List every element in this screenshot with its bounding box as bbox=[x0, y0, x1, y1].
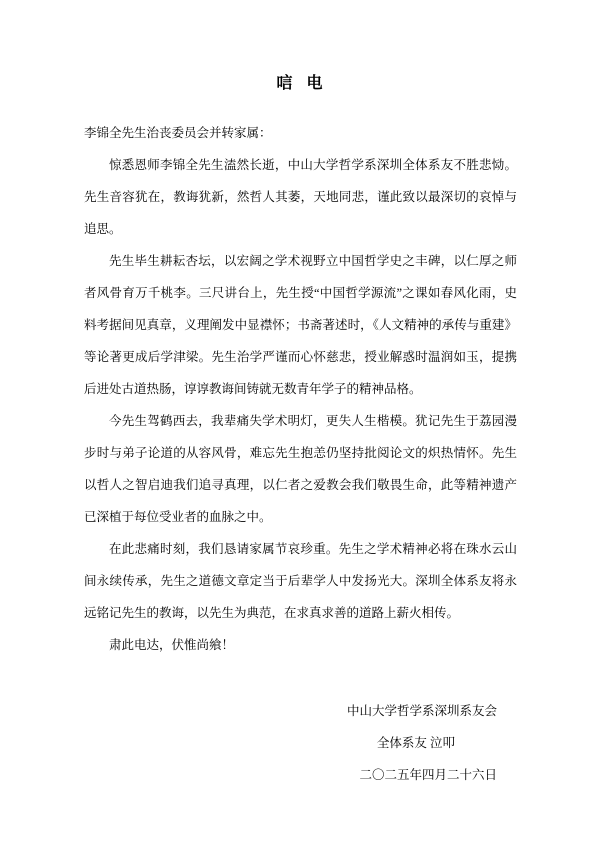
paragraph-3: 今先生驾鹤西去，我辈痛失学术明灯，更失人生楷模。犹记先生于荔园漫步时与弟子论道的… bbox=[84, 405, 517, 533]
signature-block: 中山大学哲学系深圳系友会 全体系友 泣叩 二〇二五年四月二十六日 bbox=[84, 695, 517, 791]
document-body: 李锦全先生治丧委员会并转家属： 惊悉恩师李锦全先生溘然长逝，中山大学哲学系深圳全… bbox=[84, 117, 517, 661]
document-title: 唁 电 bbox=[84, 72, 517, 96]
signature-signatory: 全体系友 泣叩 bbox=[84, 727, 517, 759]
paragraph-2: 先生毕生耕耘杏坛，以宏阔之学术视野立中国哲学史之丰碑，以仁厚之师者风骨育万千桃李… bbox=[84, 245, 517, 405]
paragraph-4: 在此悲痛时刻，我们恳请家属节哀珍重。先生之学术精神必将在珠水云山间永续传承，先生… bbox=[84, 533, 517, 629]
signature-organization: 中山大学哲学系深圳系友会 bbox=[84, 695, 517, 727]
document-page: 唁 电 李锦全先生治丧委员会并转家属： 惊悉恩师李锦全先生溘然长逝，中山大学哲学… bbox=[0, 0, 601, 847]
paragraph-1: 惊悉恩师李锦全先生溘然长逝，中山大学哲学系深圳全体系友不胜悲恸。先生音容犹在，教… bbox=[84, 149, 517, 245]
salutation-line: 李锦全先生治丧委员会并转家属： bbox=[84, 117, 517, 149]
signature-date: 二〇二五年四月二十六日 bbox=[84, 759, 517, 791]
closing-line: 肃此电达，伏惟尚飨！ bbox=[84, 629, 517, 661]
